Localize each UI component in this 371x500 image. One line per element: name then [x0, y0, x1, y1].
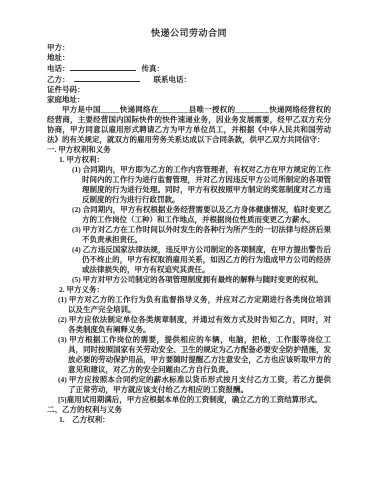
id-number-line: 证件号码： — [47, 85, 331, 95]
address-line: 地址： — [47, 53, 331, 63]
party-a-rights-item-3: (3) 甲方对乙方在工作时间以外时发生的各种行为所产生的一切法律与经济后果不负责… — [72, 225, 331, 245]
party-a-duties-item-2: (2) 甲方应依法制定单位各类规章制度，并通过有效方式及时告知乙方，同时，对各类… — [58, 315, 331, 335]
party-b-rights-subheading: 1. 乙方权利： — [59, 415, 331, 425]
party-a-rights-item-2: (2) 合同期内，甲方有权根据业务经营需要以及乙方身体健康情况，临时变更乙方的工… — [72, 205, 331, 225]
intro-paragraph: 甲方是中国_____快递网络在________县唯一授权的_________快递… — [47, 105, 331, 145]
phone-label: 电话： — [47, 64, 70, 73]
party-a-duties-item-3: (3) 甲方根据工作岗位的需要，提供相应的车辆，电脑，把枪，工作服等岗位工具，同… — [58, 335, 331, 375]
section-b-heading: 二、乙方的权利与义务 — [47, 405, 331, 415]
party-a-duties-item-1: (1) 甲方对乙方的工作行为负有监督指导义务，并应对乙方定期进行各类岗位培训以及… — [58, 295, 331, 315]
party-b-line: 乙方：联系电话： — [47, 74, 331, 85]
contact-phone-label: 联系电话： — [154, 75, 192, 84]
party-a-rights-item-1: (1) 合同期内，甲方即为乙方的工作内容管理者，有权对乙方在甲方规定的工作时间内… — [72, 165, 331, 205]
party-a-rights-subheading: 1. 甲方权利： — [59, 155, 331, 165]
home-address-line: 家庭地址： — [47, 95, 331, 105]
party-a-label: 甲方： — [47, 43, 70, 52]
party-b-blank-field — [74, 74, 140, 82]
phone-fax-line: 电话：传真： — [47, 63, 331, 74]
section-a-heading: 一. 甲方权利和义务 — [47, 145, 331, 155]
party-a-duties-subheading: 2. 甲方义务： — [59, 285, 331, 295]
party-b-label: 乙方： — [47, 75, 70, 84]
party-a-duties-item-4: (4) 甲方应按照本合同约定的薪水标准以货币形式按月支付乙方工资，若乙方提供了正… — [58, 375, 331, 395]
document-title: 快递公司劳动合同 — [47, 27, 331, 40]
fax-label: 传真： — [142, 64, 165, 73]
party-a-duties-item-5: [5]雇用试用期满后，甲方应根据本单位的工资制度，确立乙方的工资结算形式。 — [58, 395, 331, 405]
id-number-label: 证件号码： — [47, 85, 85, 94]
phone-blank-field — [70, 63, 136, 71]
address-label: 地址： — [47, 53, 70, 62]
party-a-rights-item-4: (4) 乙方违反国家法律法规，违反甲方公司制定的各项制度，在甲方提出警告后仍不终… — [72, 245, 331, 275]
party-a-rights-item-5: (5) 甲方对甲方公司制定的各项管理制度拥有最终的解释与随时变更的权利。 — [72, 275, 331, 285]
home-address-label: 家庭地址： — [47, 95, 85, 104]
contract-document-page: 快递公司劳动合同 甲方： 地址： 电话：传真： 乙方：联系电话： 证件号码： 家… — [0, 0, 371, 500]
party-a-line: 甲方： — [47, 43, 331, 53]
